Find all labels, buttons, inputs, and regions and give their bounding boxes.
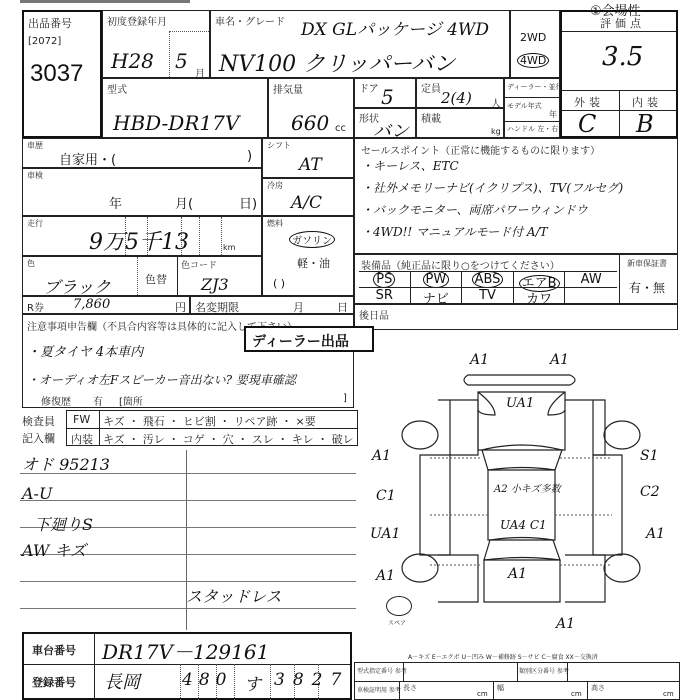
registration-year: H28 <box>111 49 154 73</box>
width-unit: cm <box>571 690 582 698</box>
equipment-item <box>565 287 617 303</box>
damage-mark: A1 <box>646 526 665 542</box>
repair-label: 修復歴 <box>41 393 71 408</box>
fuel-label: 燃料 <box>267 218 283 229</box>
recycle-unit: 円 <box>175 299 186 315</box>
reg-kana: す <box>244 670 261 695</box>
type-approval-label: 型式指定番号 参考 <box>357 666 407 675</box>
fuel-other: ( ) <box>273 277 285 290</box>
color-code: ZJ3 <box>201 275 229 294</box>
repair-place: [箇所 <box>119 393 143 408</box>
sales-point: ・バックモニター、両席パワーウィンドウ <box>361 201 588 218</box>
dealer-box: ディーラー・並行 モデル年式 年 ハンドル 左・右 <box>504 78 560 138</box>
car-model: NV100 クリッパーバン <box>219 47 455 78</box>
fuel-diesel: 軽・油 <box>297 255 330 271</box>
inspection-label: 車検 <box>27 170 43 181</box>
aircon-box: 冷房 A/C <box>262 178 354 216</box>
color-label: 色 <box>27 258 35 269</box>
inspector-note: 下廻りS <box>34 512 93 535</box>
capacity-box: 定員 2(4) 人 <box>416 78 504 108</box>
car-name-label: 車名・グレード <box>215 13 285 28</box>
name-change-label: 名変期限 <box>195 299 239 315</box>
damage-mark: A2 小キズ多数 <box>494 480 561 495</box>
equipment-item: カワ <box>514 287 566 303</box>
recycle-box: R券 7,860 円 <box>22 296 190 314</box>
model-code-box: 型式 HBD-DR17V <box>102 78 268 138</box>
equipment-item: PW <box>411 271 463 287</box>
doors-label: ドア <box>359 80 379 95</box>
registration-label: 初度登録年月 <box>107 13 167 28</box>
equipment-item: ナビ <box>411 287 463 303</box>
reg-area: 長岡 <box>104 668 140 694</box>
inspection-year: 年 <box>109 193 122 212</box>
inspector-label-2: 記入欄 <box>22 430 55 446</box>
shift-box: シフト AT <box>262 138 354 178</box>
note-item: ・夏タイヤ 4本車内 <box>27 341 143 360</box>
note-item: ・オーディオ左Fスピーカー音出ない? 要現車確認 <box>27 371 296 388</box>
model-code-label: 型式 <box>107 81 127 96</box>
inspector-note: A-U <box>22 484 52 503</box>
lot-number: 3037 <box>30 60 83 88</box>
spare-tire-icon <box>386 596 412 616</box>
damage-legend: A－キズ E－エクボ U－凹み W－補修跡 S－サビ C－腐食 XX－交換済 <box>408 652 598 661</box>
load-label: 積載 <box>421 110 441 125</box>
load-unit: kg <box>491 127 501 136</box>
repair-close: ] <box>343 393 347 404</box>
damage-mark: A1 <box>470 352 489 368</box>
sales-point: ・4WD!! マニュアルモード付 A/T <box>361 223 548 240</box>
score-box: 評価点 3.5 外装 内装 C B <box>560 10 678 138</box>
displacement-value: 660 <box>291 111 329 135</box>
interior-inspect-label: 内装 <box>71 431 93 447</box>
doors-box: ドア 5 <box>354 78 416 108</box>
scan-strip <box>20 0 190 3</box>
mileage-unit: km <box>223 243 235 252</box>
equipment-box: 装備品（純正品に限り○をつけてください） 新車保証書 有・無 PSPWABSエア… <box>354 254 678 304</box>
score-value: 3.5 <box>602 42 643 72</box>
length-unit: cm <box>477 690 488 698</box>
drive-2wd: 2WD <box>520 31 546 44</box>
doors-value: 5 <box>381 85 394 109</box>
type-approval-box: 型式指定番号 参考 類別区分番号 参考 車検証明用 参考 長さ 幅 高さ cm … <box>354 662 680 700</box>
aircon-value: A/C <box>291 193 322 213</box>
interior-label: 内装 <box>632 94 662 110</box>
shape-box: 形状 バン <box>354 108 416 138</box>
equipment-item: PS <box>359 271 411 287</box>
history-value: 自家用・( <box>59 149 116 168</box>
mileage-label: 走行 <box>27 218 43 229</box>
damage-mark: UA1 <box>506 396 534 411</box>
history-box: 車歴 自家用・( ) <box>22 138 262 168</box>
displacement-unit: cc <box>335 123 346 134</box>
dealer-label: ディーラー・並行 <box>507 82 562 92</box>
reg-num: 3827 <box>274 670 349 690</box>
damage-mark: A1 <box>508 566 527 582</box>
fw-label: FW <box>73 413 90 426</box>
inspector-note: オド 95213 <box>22 452 110 475</box>
reg-label: 登録番号 <box>32 674 76 690</box>
exterior-label: 外装 <box>574 94 604 110</box>
later-items-label: 後日品 <box>359 307 389 322</box>
equipment-item: SR <box>359 287 411 303</box>
damage-mark: A1 <box>556 616 575 632</box>
sales-point: ・キーレス、ETC <box>361 157 459 174</box>
damage-mark: UA1 <box>370 526 400 542</box>
dealer-stamp-text: ディーラー出品 <box>252 331 349 351</box>
recycle-value: 7,860 <box>73 297 110 312</box>
fuel-gasoline: ガソリン <box>289 231 335 248</box>
width-label: 幅 <box>497 683 504 693</box>
warranty-value: 有・無 <box>629 279 665 296</box>
inspection-day: 日) <box>239 193 257 212</box>
recycle-label: R券 <box>27 299 44 314</box>
equipment-item: AW <box>565 271 617 287</box>
name-change-box: 名変期限 月 日 <box>190 296 354 314</box>
equipment-grid: PSPWABSエアBAWSRナビTVカワ <box>359 271 617 303</box>
load-box: 積載 kg <box>416 108 504 138</box>
fuel-box: 燃料 ガソリン 軽・油 ( ) <box>262 216 354 296</box>
inspection-month: 月( <box>175 193 193 212</box>
car-grade: DX GLパッケージ 4WD <box>301 15 489 40</box>
spare-label: スペア <box>388 618 406 627</box>
fw-items: キズ ・ 飛石 ・ ヒビ割 ・ リペア跡 ・ ×要 <box>103 413 316 429</box>
displacement-box: 排気量 660 cc <box>268 78 354 138</box>
sales-points-label: セールスポイント（正常に機能するものに限ります） <box>361 142 600 157</box>
lot-number-box: 出品番号 [2072] 3037 <box>22 10 102 138</box>
shift-value: AT <box>299 155 322 175</box>
damage-mark: C1 <box>376 488 396 504</box>
later-items-box: 後日品 <box>354 304 678 330</box>
color-box: 色 ブラック 色替 色コード ZJ3 <box>22 256 262 296</box>
inspector-grid: FW キズ ・ 飛石 ・ ヒビ割 ・ リペア跡 ・ ×要 内装 キズ ・ 汚レ … <box>66 410 358 446</box>
damage-mark: UA4 C1 <box>500 518 547 532</box>
lot-sub: [2072] <box>28 36 61 47</box>
mileage-box: 走行 9万5千13 km <box>22 216 262 256</box>
reg-class: 480 <box>182 670 232 690</box>
registration-box: 初度登録年月 H28 5 月 <box>102 10 210 78</box>
sales-points-box: セールスポイント（正常に機能するものに限ります） ・キーレス、ETC ・社外メモ… <box>354 138 678 254</box>
shift-label: シフト <box>267 140 291 151</box>
capacity-label: 定員 <box>421 80 441 95</box>
color-value: ブラック <box>43 273 111 298</box>
name-change-month: 月 <box>293 299 304 315</box>
drive-box: 2WD 4WD <box>510 10 560 78</box>
damage-mark: A1 <box>376 568 395 584</box>
drive-4wd: 4WD <box>517 53 549 68</box>
registration-month: 5 <box>175 49 188 73</box>
height-unit: cm <box>663 690 674 698</box>
equipment-item: TV <box>462 287 514 303</box>
capacity-value: 2(4) <box>441 89 472 107</box>
warranty-label: 新車保証書 <box>627 258 667 269</box>
damage-mark: S1 <box>640 448 659 464</box>
length-label: 長さ <box>403 683 417 693</box>
score-label: 評価点 <box>600 15 645 31</box>
height-label: 高さ <box>591 683 605 693</box>
handle-label: ハンドル 左・右 <box>507 124 558 134</box>
equipment-item: エアB <box>514 271 566 287</box>
interior-items: キズ ・ 汚レ ・ コゲ ・ 穴 ・ スレ ・ キレ ・ 破レ <box>103 431 354 447</box>
chassis-number: DR17V－129161 <box>102 636 269 665</box>
equipment-label: 装備品（純正品に限り○をつけてください） <box>361 257 560 272</box>
history-close: ) <box>247 149 252 164</box>
lot-number-label: 出品番号 <box>28 15 72 31</box>
inspector-label-1: 検査員 <box>22 413 55 429</box>
aircon-label: 冷房 <box>267 180 283 191</box>
inspection-box: 車検 年 月( 日) <box>22 168 262 216</box>
mileage-value: 9万5千13 <box>89 225 189 256</box>
car-diagram <box>360 340 700 610</box>
model-code-value: HBD-DR17V <box>113 111 239 135</box>
class-label: 類別区分番号 参考 <box>519 666 569 675</box>
damage-mark: A1 <box>372 448 391 464</box>
exterior-grade: C <box>578 110 596 138</box>
equipment-item: ABS <box>462 271 514 287</box>
model-year-label: モデル年式 <box>507 101 542 111</box>
inspector-note: AW キズ <box>22 538 86 561</box>
cert-label: 車検証明用 参考 <box>357 685 401 694</box>
color-code-label: 色コード <box>181 258 217 271</box>
sales-point: ・社外メモリーナビ(イクリプス)、TV(フルセグ) <box>361 179 623 196</box>
car-name-box: 車名・グレード DX GLパッケージ 4WD NV100 クリッパーバン <box>210 10 510 78</box>
repair-value: 有 <box>93 393 103 408</box>
color-change-label: 色替 <box>145 271 167 287</box>
inspector-note-right: スタッドレス <box>186 584 282 607</box>
displacement-label: 排気量 <box>273 81 303 96</box>
chassis-label: 車台番号 <box>32 642 76 658</box>
damage-mark: C2 <box>640 484 660 500</box>
name-change-day: 日 <box>337 299 348 315</box>
history-label: 車歴 <box>27 140 43 151</box>
model-year-unit: 年 <box>549 109 557 120</box>
dealer-stamp: ディーラー出品 <box>244 326 374 352</box>
chassis-box: 車台番号 DR17V－129161 登録番号 長岡 480 す 3827 <box>22 632 352 700</box>
interior-grade: B <box>636 110 654 138</box>
damage-mark: A1 <box>550 352 569 368</box>
